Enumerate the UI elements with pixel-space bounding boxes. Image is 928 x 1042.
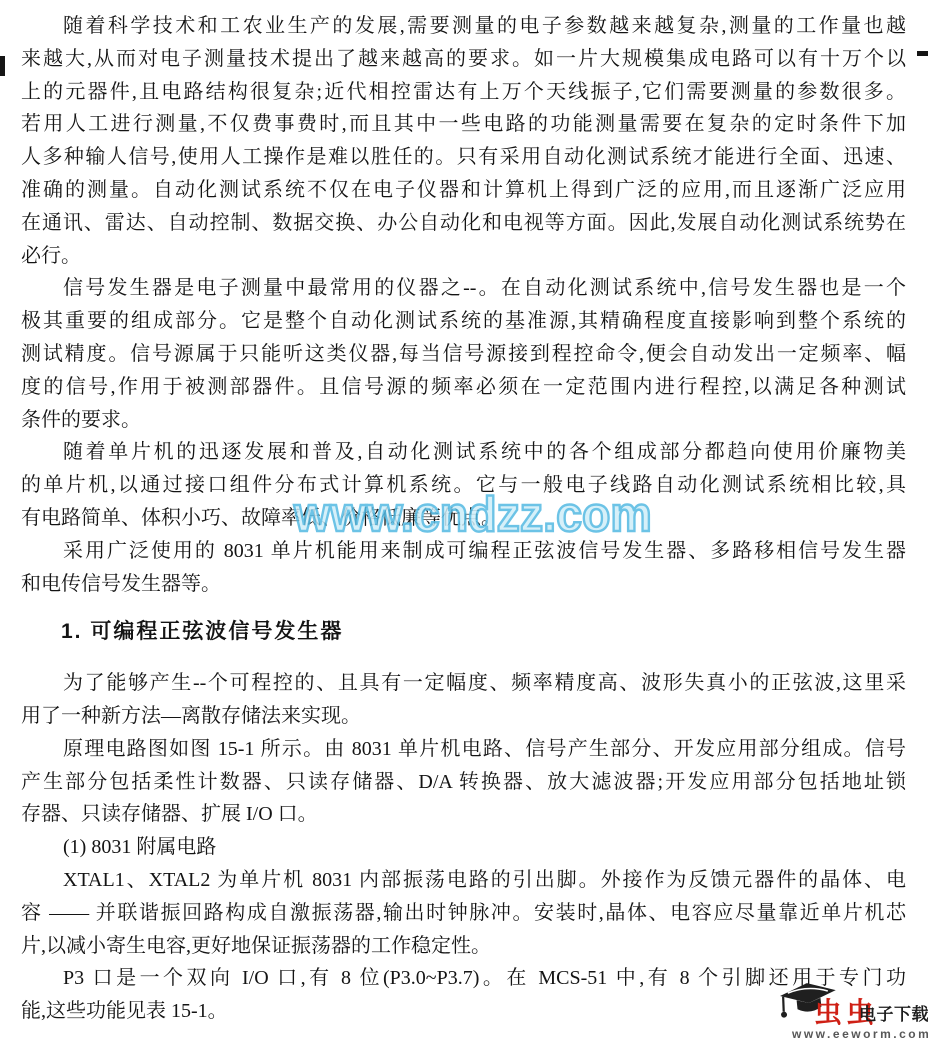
text-line: (1) 8031 附属电路 xyxy=(21,831,906,864)
scan-artifact-right-edge xyxy=(917,51,928,56)
content: 随着科学技术和工农业生产的发展,需要测量的电子参数越来越复杂,测量的工作量也越来… xyxy=(21,10,906,1028)
text-line: 能,这些功能见表 15-1。 xyxy=(21,995,906,1028)
text-line: 采用广泛使用的 8031 单片机能用来制成可编程正弦波信号发生器、多路移相信号发… xyxy=(21,535,906,568)
paragraph: XTAL1、XTAL2 为单片机 8031 内部振荡电路的引出脚。外接作为反馈元… xyxy=(21,864,906,962)
text-line: 产生部分包括柔性计数器、只读存储器、D/A 转换器、放大滤波器;开发应用部分包括… xyxy=(21,766,906,799)
text-line: 存器、只读存储器、扩展 I/O 口。 xyxy=(21,798,906,831)
text-line: 片,以减小寄生电容,更好地保证振荡器的工作稳定性。 xyxy=(21,930,906,963)
logo-site-url: www.eeworm.com xyxy=(792,1028,928,1040)
text-line: 条件的要求。 xyxy=(21,404,906,437)
logo-site-name: 电子下载站 xyxy=(859,1006,928,1023)
text-line: 用了一种新方法—离散存储法来实现。 xyxy=(21,700,906,733)
paragraph: 为了能够产生--个可程控的、且具有一定幅度、频率精度高、波形失真小的正弦波,这里… xyxy=(21,667,906,733)
text-line: 信号发生器是电子测量中最常用的仪器之--。在自动化测试系统中,信号发生器也是一个 xyxy=(21,272,906,305)
text-line: 在通讯、雷达、自动控制、数据交换、办公自动化和电视等方面。因此,发展自动化测试系… xyxy=(21,207,906,240)
text-line: 原理电路图如图 15-1 所示。由 8031 单片机电路、信号产生部分、开发应用… xyxy=(21,733,906,766)
paragraph: P3 口是一个双向 I/O 口,有 8 位(P3.0~P3.7)。在 MCS-5… xyxy=(21,962,906,1028)
paragraph: 原理电路图如图 15-1 所示。由 8031 单片机电路、信号产生部分、开发应用… xyxy=(21,733,906,831)
section-heading: 1. 可编程正弦波信号发生器 xyxy=(21,616,906,649)
paragraph: (1) 8031 附属电路 xyxy=(21,831,906,864)
text-line: 随着科学技术和工农业生产的发展,需要测量的电子参数越来越复杂,测量的工作量也越 xyxy=(21,10,906,43)
text-line: 的单片机,以通过接口组件分布式计算机系统。它与一般电子线路自动化测试系统相比较,… xyxy=(21,469,906,502)
text-line: XTAL1、XTAL2 为单片机 8031 内部振荡电路的引出脚。外接作为反馈元… xyxy=(21,864,906,897)
text-line: 有电路简单、体积小巧、故障率低、价格低廉等优点。 xyxy=(21,502,906,535)
text-line: 和电传信号发生器等。 xyxy=(21,568,906,601)
text-line: 必行。 xyxy=(21,240,906,273)
text-line: 若用人工进行测量,不仅费事费时,而且其中一些电路的功能测量需要在复杂的定时条件下… xyxy=(21,108,906,141)
site-logo: 虫虫 电子下载站 www.eeworm.com xyxy=(778,982,928,1042)
paragraph: 信号发生器是电子测量中最常用的仪器之--。在自动化测试系统中,信号发生器也是一个… xyxy=(21,272,906,436)
text-line: 上的元器件,且电路结构很复杂;近代相控雷达有上万个天线振子,它们需要测量的参数很… xyxy=(21,76,906,109)
text-line: 为了能够产生--个可程控的、且具有一定幅度、频率精度高、波形失真小的正弦波,这里… xyxy=(21,667,906,700)
text-line: 度的信号,作用于被测部器件。且信号源的频率必须在一定范围内进行程控,以满足各种测… xyxy=(21,371,906,404)
scan-artifact-left-edge xyxy=(0,56,5,76)
text-line: 随着单片机的迅逐发展和普及,自动化测试系统中的各个组成部分都趋向使用价廉物美 xyxy=(21,436,906,469)
paragraph: 随着科学技术和工农业生产的发展,需要测量的电子参数越来越复杂,测量的工作量也越来… xyxy=(21,10,906,272)
text-line: 来越大,从而对电子测量技术提出了越来越高的要求。如一片大规模集成电路可以有十万个… xyxy=(21,43,906,76)
text-line: 准确的测量。自动化测试系统不仅在电子仪器和计算机上得到广泛的应用,而且逐渐广泛应… xyxy=(21,174,906,207)
scanned-document-page: 随着科学技术和工农业生产的发展,需要测量的电子参数越来越复杂,测量的工作量也越来… xyxy=(0,0,928,1042)
text-line: 极其重要的组成部分。它是整个自动化测试系统的基准源,其精确程度直接影响到整个系统… xyxy=(21,305,906,338)
text-line: 人多种输人信号,使用人工操作是难以胜任的。只有采用自动化测试系统才能进行全面、迅… xyxy=(21,141,906,174)
text-line: P3 口是一个双向 I/O 口,有 8 位(P3.0~P3.7)。在 MCS-5… xyxy=(21,962,906,995)
text-line: 测试精度。信号源属于只能听这类仪器,每当信号源接到程控命令,便会自动发出一定频率… xyxy=(21,338,906,371)
paragraph: 采用广泛使用的 8031 单片机能用来制成可编程正弦波信号发生器、多路移相信号发… xyxy=(21,535,906,601)
text-line: 容 —— 并联谐振回路构成自激振荡器,输出时钟脉冲。安装时,晶体、电容应尽量靠近… xyxy=(21,897,906,930)
section-heading-block: 1. 可编程正弦波信号发生器 xyxy=(21,616,906,649)
paragraph: 随着单片机的迅逐发展和普及,自动化测试系统中的各个组成部分都趋向使用价廉物美的单… xyxy=(21,436,906,534)
